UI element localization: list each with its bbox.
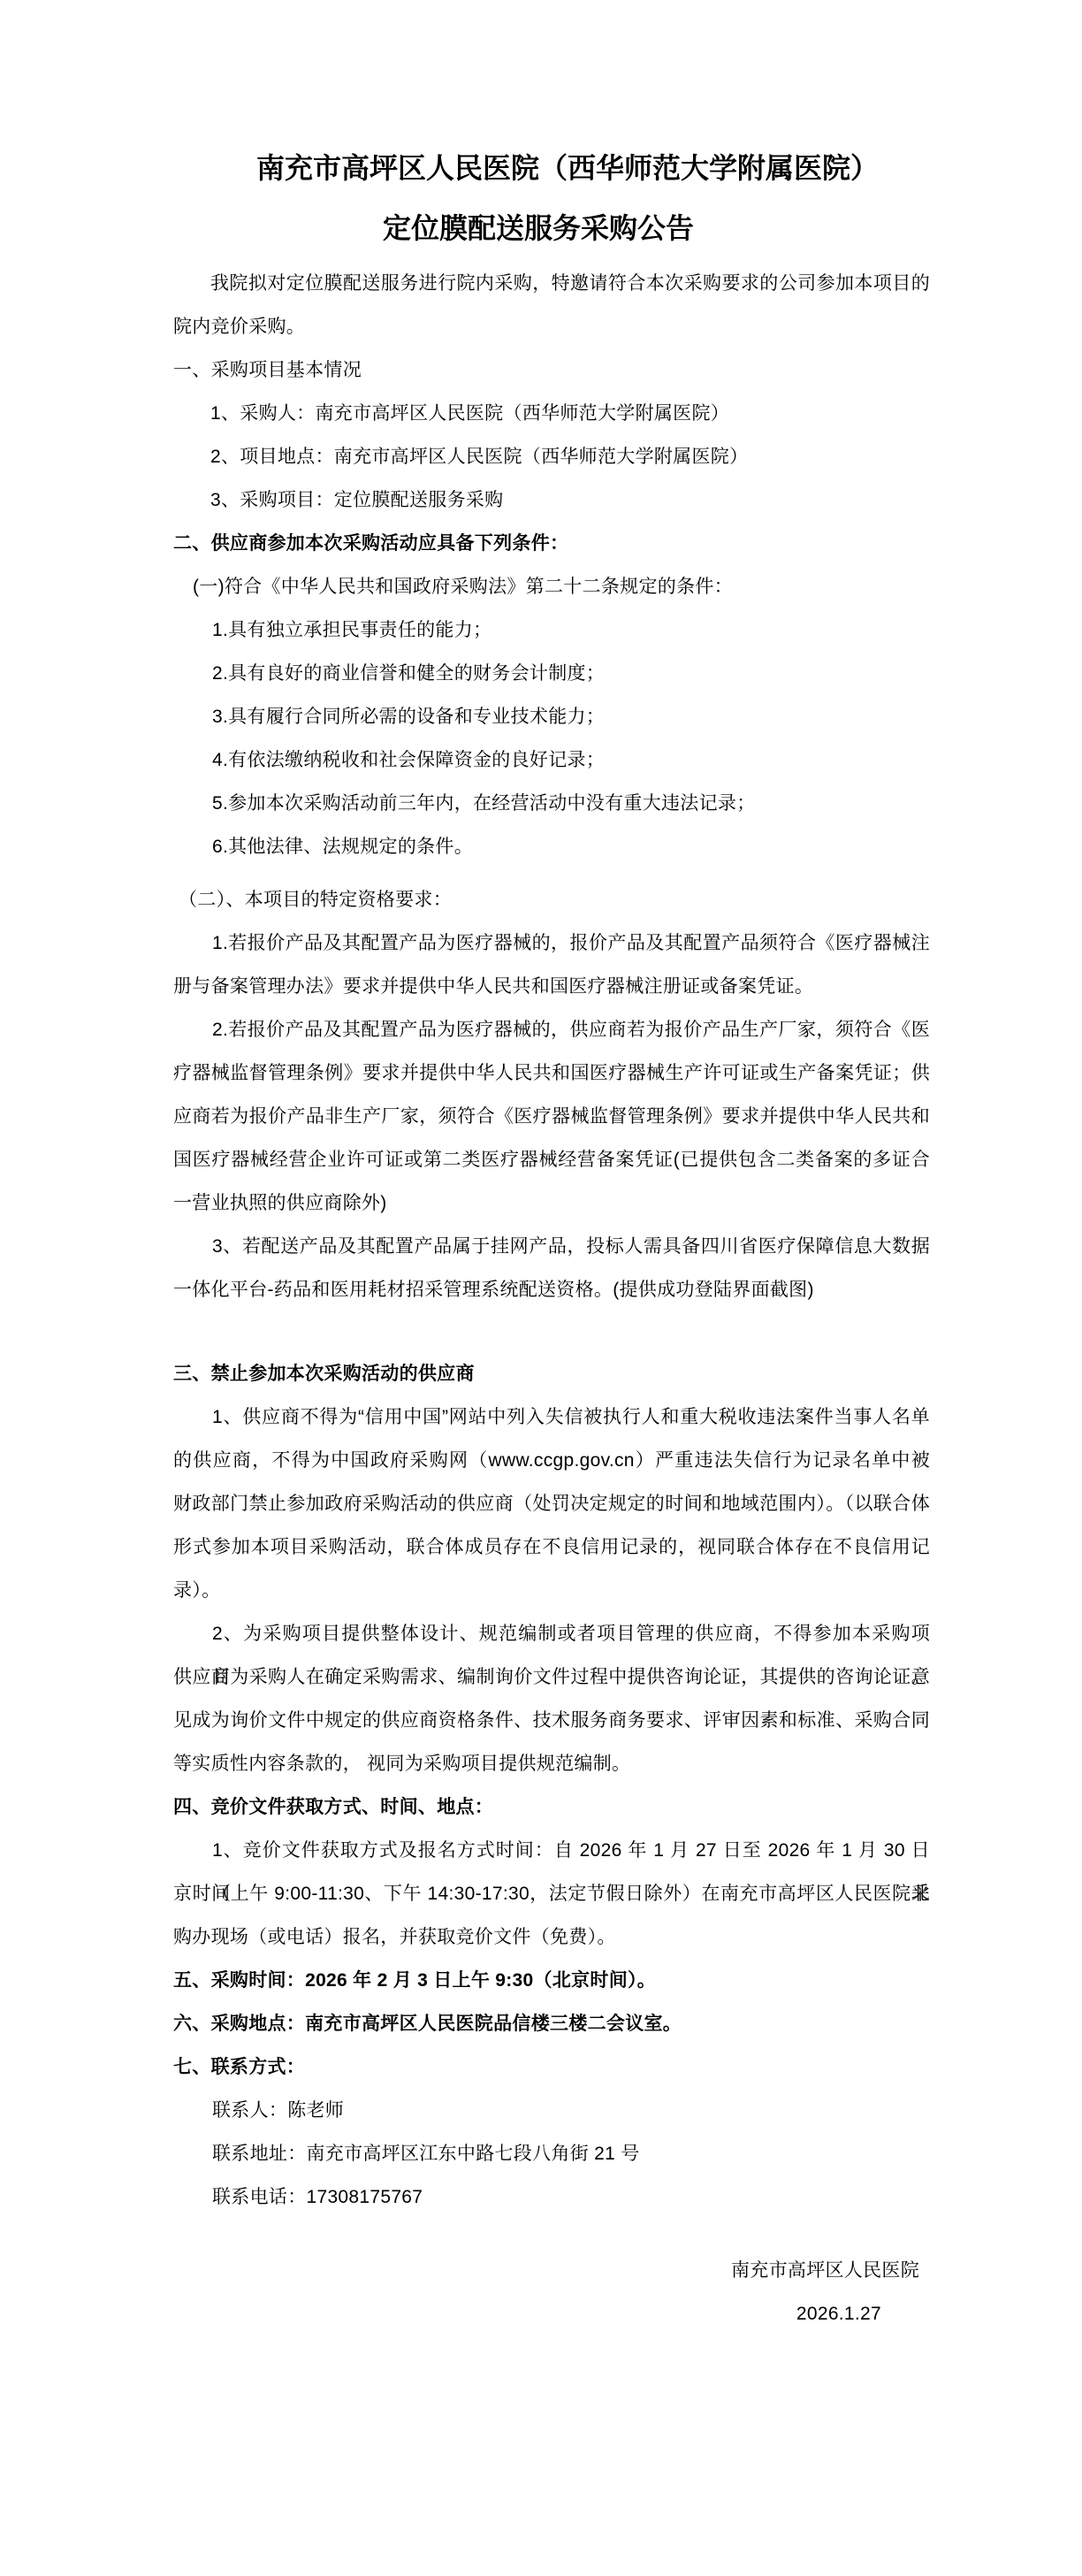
doc-line-27: 的供应商，不得为中国政府采购网（www.ccgp.gov.cn）严重违法失信行为… [173, 1439, 930, 1482]
document-page: 南充市高坪区人民医院（西华师范大学附属医院）定位膜配送服务采购公告我院拟对定位膜… [0, 0, 1082, 2576]
doc-line-29: 形式参加本项目采购活动，联合体成员存在不良信用记录的，视同联合体存在不良信用记 [173, 1525, 930, 1569]
doc-line-9: 1.具有独立承担民事责任的能力； [173, 608, 930, 652]
doc-line-40: 六、采购地点：南充市高坪区人民医院品信楼三楼二会议室。 [173, 2002, 930, 2045]
doc-line-11: 3.具有履行合同所必需的设备和专业技术能力； [173, 695, 930, 738]
doc-line-15: （二）、本项目的特定资格要求： [173, 878, 930, 921]
doc-line-22: 一营业执照的供应商除外) [173, 1181, 930, 1225]
doc-line-33: 见成为询价文件中规定的供应商资格条件、技术服务商务要求、评审因素和标准、采购合同 [173, 1699, 930, 1742]
doc-line-24: 一体化平台-药品和医用耗材招采管理系统配送资格。(提供成功登陆界面截图) [173, 1268, 930, 1311]
doc-line-44: 联系电话：17308175767 [173, 2175, 930, 2219]
doc-line-38: 购办现场（或电话）报名，并获取竞价文件（免费）。 [173, 1915, 930, 1959]
doc-line-36: 1、竞价文件获取方式及报名方式时间：自 2026 年 1 月 27 日至 202… [173, 1829, 930, 1872]
doc-line-10: 2.具有良好的商业信誉和健全的财务会计制度； [173, 652, 930, 695]
doc-line-5: 2、项目地点：南充市高坪区人民医院（西华师范大学附属医院） [173, 435, 930, 478]
doc-line-3: 一、采购项目基本情况 [173, 348, 930, 392]
doc-line-37: 京时间上午 9:00-11:30、下午 14:30-17:30，法定节假日除外）… [173, 1872, 930, 1915]
doc-line-35: 四、竞价文件获取方式、时间、地点： [173, 1785, 930, 1829]
doc-line-45: 南充市高坪区人民医院 [173, 2249, 930, 2292]
doc-line-23: 3、若配送产品及其配置产品属于挂网产品，投标人需具备四川省医疗保障信息大数据 [173, 1225, 930, 1268]
doc-line-13: 5.参加本次采购活动前三年内，在经营活动中没有重大违法记录； [173, 782, 930, 825]
doc-line-7: 二、供应商参加本次采购活动应具备下列条件： [173, 522, 930, 565]
doc-line-32: 供应商为采购人在确定采购需求、编制询价文件过程中提供咨询论证，其提供的咨询论证意 [173, 1655, 930, 1699]
doc-line-4: 1、采购人：南充市高坪区人民医院（西华师范大学附属医院） [173, 392, 930, 435]
document-title-line-2: 定位膜配送服务采购公告 [173, 198, 930, 258]
doc-line-1: 我院拟对定位膜配送服务进行院内采购，特邀请符合本次采购要求的公司参加本项目的 [173, 262, 930, 305]
document-title-line-1: 南充市高坪区人民医院（西华师范大学附属医院） [173, 138, 930, 198]
doc-line-20: 应商若为报价产品非生产厂家，须符合《医疗器械监督管理条例》要求并提供中华人民共和 [173, 1095, 930, 1138]
doc-line-30: 录）。 [173, 1569, 930, 1612]
doc-line-31: 2、为采购项目提供整体设计、规范编制或者项目管理的供应商，不得参加本采购项目。 [173, 1612, 930, 1655]
doc-line-21: 国医疗器械经营企业许可证或第二类医疗器械经营备案凭证(已提供包含二类备案的多证合 [173, 1138, 930, 1181]
doc-line-16: 1.若报价产品及其配置产品为医疗器械的，报价产品及其配置产品须符合《医疗器械注 [173, 921, 930, 965]
procurement-announcement-body: 南充市高坪区人民医院（西华师范大学附属医院）定位膜配送服务采购公告我院拟对定位膜… [0, 0, 1082, 2335]
doc-line-12: 4.有依法缴纳税收和社会保障资金的良好记录； [173, 738, 930, 782]
doc-line-19: 疗器械监督管理条例》要求并提供中华人民共和国医疗器械生产许可证或生产备案凭证；供 [173, 1051, 930, 1095]
doc-line-14: 6.其他法律、法规规定的条件。 [173, 825, 930, 868]
doc-line-28: 财政部门禁止参加政府采购活动的供应商（处罚决定规定的时间和地域范围内）。（以联合… [173, 1482, 930, 1525]
doc-line-26: 1、供应商不得为“信用中国”网站中列入失信被执行人和重大税收违法案件当事人名单 [173, 1395, 930, 1439]
doc-line-17: 册与备案管理办法》要求并提供中华人民共和国医疗器械注册证或备案凭证。 [173, 965, 930, 1008]
doc-line-18: 2.若报价产品及其配置产品为医疗器械的，供应商若为报价产品生产厂家，须符合《医 [173, 1008, 930, 1051]
doc-line-41: 七、联系方式： [173, 2045, 930, 2089]
doc-line-2: 院内竞价采购。 [173, 305, 930, 348]
doc-line-25: 三、禁止参加本次采购活动的供应商 [173, 1352, 930, 1395]
doc-line-42: 联系人：陈老师 [173, 2089, 930, 2132]
doc-line-8: (一)符合《中华人民共和国政府采购法》第二十二条规定的条件： [173, 565, 930, 608]
doc-line-46: 2026.1.27 [173, 2292, 930, 2335]
doc-line-6: 3、采购项目：定位膜配送服务采购 [173, 478, 930, 522]
doc-line-34: 等实质性内容条款的， 视同为采购项目提供规范编制。 [173, 1742, 930, 1785]
doc-line-39: 五、采购时间：2026 年 2 月 3 日上午 9:30（北京时间）。 [173, 1959, 930, 2002]
doc-line-43: 联系地址：南充市高坪区江东中路七段八角街 21 号 [173, 2132, 930, 2175]
